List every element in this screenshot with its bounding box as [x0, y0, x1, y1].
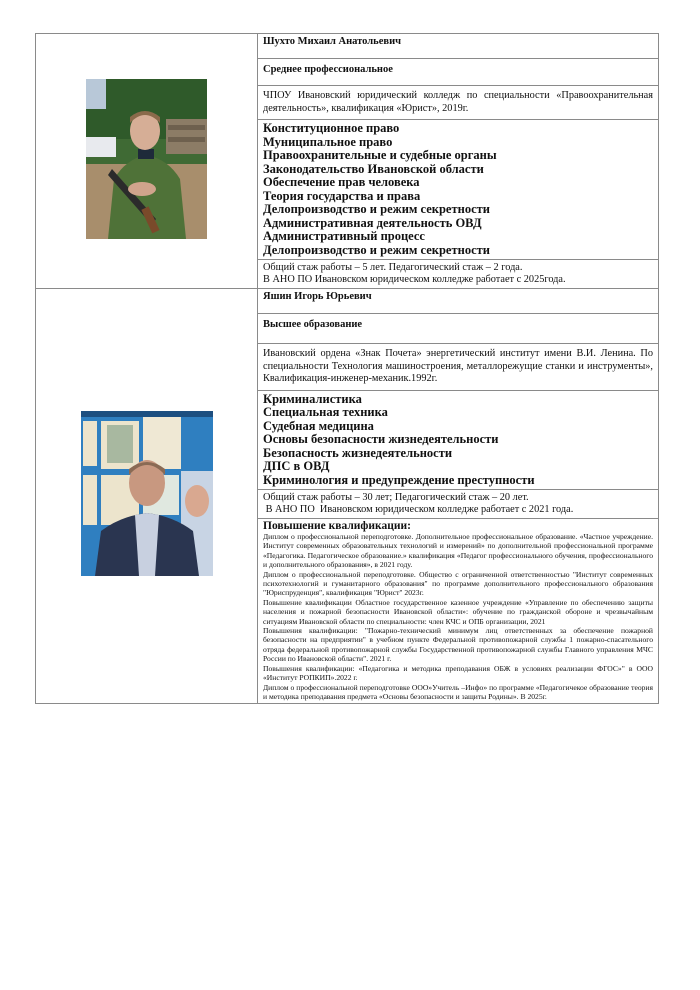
subject-item: Судебная медицина — [263, 420, 653, 434]
subject-item: Правоохранительные и судебные органы — [263, 149, 653, 163]
subject-item: Теория государства и права — [263, 190, 653, 204]
qualification-item: Повышение квалификации Областное государ… — [263, 598, 653, 626]
teachers-table: Шухто Михаил Анатольевич Среднее професс… — [35, 33, 659, 704]
subject-item: Делопроизводство и режим секретности — [263, 244, 653, 258]
man-in-uniform-image — [86, 79, 207, 239]
qualification-item: Диплом о профессиональной переподготовке… — [263, 570, 653, 598]
subject-item: Муниципальное право — [263, 136, 653, 150]
qualification-item: Диплом о профессиональной переподготовке… — [263, 683, 653, 702]
subject-item: Криминология и предупреждение преступнос… — [263, 474, 653, 488]
subject-item: Основы безопасности жизнедеятельности — [263, 433, 653, 447]
subject-item: Конституционное право — [263, 122, 653, 136]
teacher-1-photo — [86, 79, 207, 239]
subject-item: Административная деятельность ОВД — [263, 217, 653, 231]
experience-line: В АНО ПО Ивановском юридическом колледже… — [263, 504, 653, 516]
subject-item: Административный процесс — [263, 230, 653, 244]
teacher-1-education-level: Среднее профессиональное — [258, 59, 659, 86]
teacher-2-qualifications: Повышение квалификации: Диплом о професс… — [258, 519, 659, 704]
teacher-2-experience: Общий стаж работы – 30 лет; Педагогическ… — [258, 490, 659, 519]
experience-line: Общий стаж работы – 5 лет. Педагогически… — [263, 262, 653, 274]
qualification-item: Повышения квалификации: "Пожарно-техниче… — [263, 626, 653, 664]
qualification-title: Повышение квалификации: — [263, 521, 653, 532]
qualification-item: Диплом о профессиональной переподготовке… — [263, 532, 653, 570]
subject-item: Криминалистика — [263, 393, 653, 407]
subject-item: ДПС в ОВД — [263, 460, 653, 474]
subject-item: Законодательство Ивановской области — [263, 163, 653, 177]
teacher-2-photo — [81, 411, 213, 576]
teacher-2-photo-cell — [36, 289, 258, 704]
teacher-2-education: Ивановский ордена «Знак Почета» энергети… — [258, 344, 659, 391]
qualification-item: Повышения квалификации: «Педагогика и ме… — [263, 664, 653, 683]
teacher-1-photo-cell — [36, 34, 258, 289]
subject-item: Безопасность жизнедеятельности — [263, 447, 653, 461]
teacher-2-subjects: Криминалистика Специальная техника Судеб… — [258, 390, 659, 490]
teacher-1-education: ЧПОУ Ивановский юридический колледж по с… — [258, 86, 659, 120]
teacher-2-name-row: Яшин Игорь Юрьевич — [36, 289, 659, 314]
teacher-1-name-row: Шухто Михаил Анатольевич — [36, 34, 659, 59]
teacher-2-name: Яшин Игорь Юрьевич — [258, 289, 659, 314]
experience-line: В АНО ПО Ивановском юридическом колледже… — [263, 274, 653, 286]
teacher-1-experience: Общий стаж работы – 5 лет. Педагогически… — [258, 260, 659, 289]
subject-item: Специальная техника — [263, 406, 653, 420]
teacher-1-name: Шухто Михаил Анатольевич — [258, 34, 659, 59]
man-in-suit-image — [81, 411, 213, 576]
subject-item: Обеспечение прав человека — [263, 176, 653, 190]
experience-line: Общий стаж работы – 30 лет; Педагогическ… — [263, 492, 653, 504]
subject-item: Делопроизводство и режим секретности — [263, 203, 653, 217]
teacher-2-education-level: Высшее образование — [258, 314, 659, 344]
teacher-1-subjects: Конституционное право Муниципальное прав… — [258, 120, 659, 260]
